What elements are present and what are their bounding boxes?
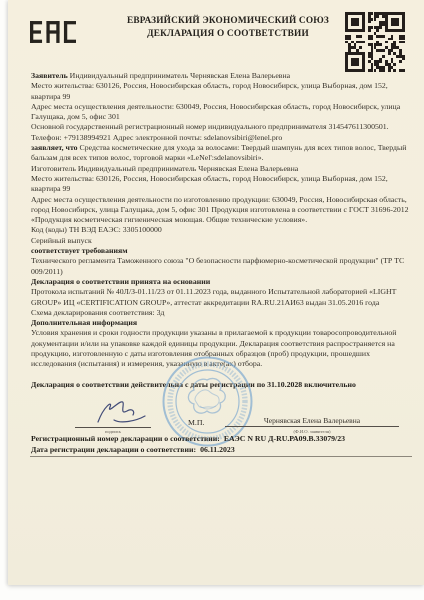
declaration-document: ЕВРАЗИЙСКИЙ ЭКОНОМИЧЕСКИЙ СОЮЗ ДЕКЛАРАЦИ… xyxy=(8,0,424,585)
signature-line xyxy=(75,406,151,428)
signer-name-text: Чернявская Елена Валерьевна xyxy=(264,416,360,425)
qr-code-icon xyxy=(345,12,405,72)
stamp-place-label: М.П. xyxy=(188,418,204,427)
signer-name: Чернявская Елена Валерьевна xyxy=(225,406,399,427)
paragraph-16: Дополнительная информация xyxy=(31,318,409,328)
eac-mark-icon xyxy=(30,12,76,52)
paragraph-5: заявляет, что Средства косметические для… xyxy=(31,143,409,164)
registration-number-value: ЕАЭС N RU Д-RU.РА09.В.33079/23 xyxy=(224,434,345,443)
paragraph-11: соответствует требованиям xyxy=(31,246,409,256)
document-header: ЕВРАЗИЙСКИЙ ЭКОНОМИЧЕСКИЙ СОЮЗ ДЕКЛАРАЦИ… xyxy=(8,0,424,72)
registration-date-label: Дата регистрации декларации о соответств… xyxy=(31,445,196,454)
paragraph-0-label: Заявитель xyxy=(31,71,68,80)
declaration-body-text: Заявитель Индивидуальный предприниматель… xyxy=(31,71,409,390)
document-title: ЕВРАЗИЙСКИЙ ЭКОНОМИЧЕСКИЙ СОЮЗ ДЕКЛАРАЦИ… xyxy=(108,15,348,41)
paragraph-0: Заявитель Индивидуальный предприниматель… xyxy=(31,71,409,81)
signature-block: подпись М.П. Чернявская Елена Валерьевна… xyxy=(8,372,424,472)
union-title-line: ЕВРАЗИЙСКИЙ ЭКОНОМИЧЕСКИЙ СОЮЗ xyxy=(108,15,348,28)
paragraph-8: Адрес места осуществления деятельности п… xyxy=(31,195,409,226)
paragraph-5-label: заявляет, что xyxy=(31,143,78,152)
paragraph-9: Код (коды) ТН ВЭД ЕАЭС: 3305100000 xyxy=(31,225,409,235)
paragraph-6: Изготовитель Индивидуальный предпринимат… xyxy=(31,164,409,174)
registration-date-value: 06.11.2023 xyxy=(200,445,235,454)
registration-number-label: Регистрационный номер декларации о соотв… xyxy=(31,434,220,443)
paragraph-7: Место жительства: 630126, Россия, Новоси… xyxy=(31,174,409,195)
declaration-title-line: ДЕКЛАРАЦИЯ О СООТВЕТСТВИИ xyxy=(108,28,348,41)
paragraph-12: Технического регламента Таможенного союз… xyxy=(31,256,409,277)
paragraph-10: Серийный выпуск xyxy=(31,236,409,246)
paragraph-16-label: Дополнительная информация xyxy=(31,318,137,327)
paragraph-3: Основной государственный регистрационный… xyxy=(31,122,409,132)
paragraph-15: Схема декларирования соответствия: 3д xyxy=(31,308,409,318)
paragraph-1: Место жительства: 630126, Россия, Новоси… xyxy=(31,81,409,102)
scanned-declaration-page: ЕВРАЗИЙСКИЙ ЭКОНОМИЧЕСКИЙ СОЮЗ ДЕКЛАРАЦИ… xyxy=(0,0,424,600)
paragraph-2: Адрес места осуществления деятельности: … xyxy=(31,102,409,123)
paragraph-4: Телефон: +79138994921 Адрес электронной … xyxy=(31,133,409,143)
bottom-divider xyxy=(30,456,412,457)
registration-date-row: Дата регистрации декларации о соответств… xyxy=(31,445,411,454)
paragraph-14: Протокола испытаний № 40Л/З-01.11/23 от … xyxy=(31,287,409,308)
paragraph-13: Декларация о соответствии принята на осн… xyxy=(31,277,409,287)
registration-number-row: Регистрационный номер декларации о соотв… xyxy=(31,434,411,443)
paragraph-13-label: Декларация о соответствии принята на осн… xyxy=(31,277,210,286)
paragraph-11-label: соответствует требованиям xyxy=(31,246,128,255)
